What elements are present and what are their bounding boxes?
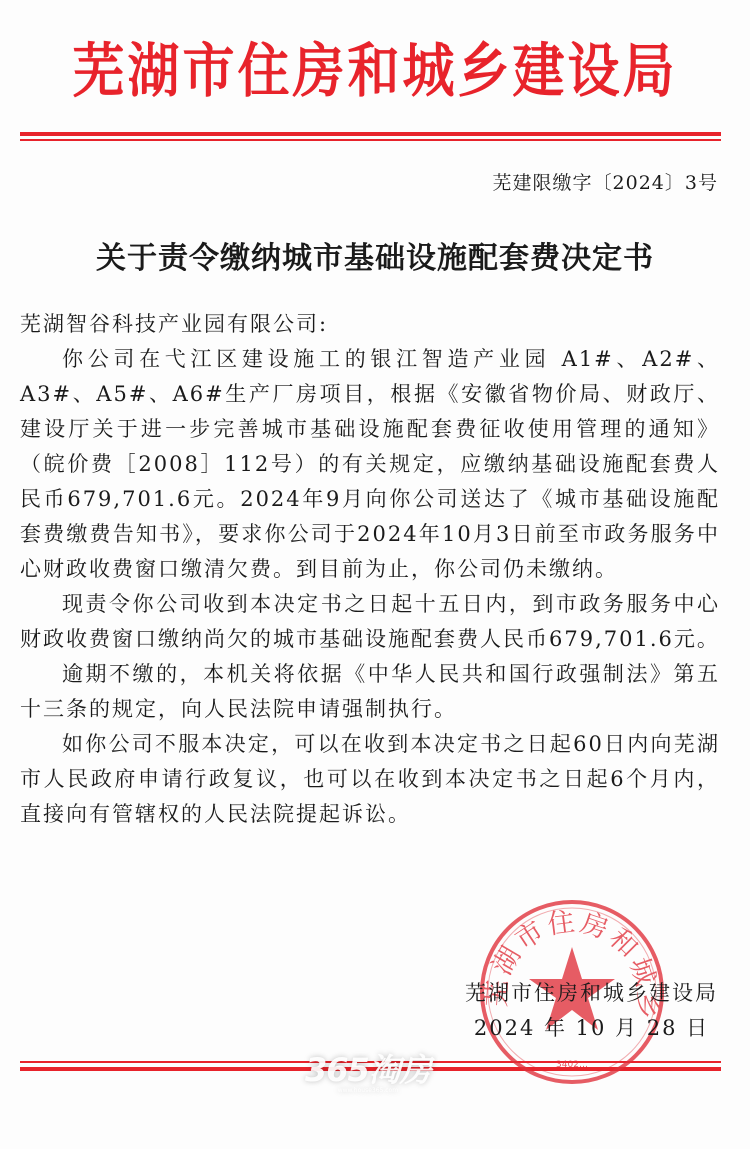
document-number: 芜建限缴字〔2024〕3号 (493, 168, 718, 195)
paragraph-order: 现责令你公司收到本决定书之日起十五日内，到市政务服务中心财政收费窗口缴纳尚欠的城… (20, 587, 720, 657)
watermark: 365淘房 www.house365.com (305, 1045, 431, 1094)
document-title: 关于责令缴纳城市基础设施配套费决定书 (0, 233, 750, 277)
document-body: 芜湖智谷科技产业园有限公司: 你公司在弋江区建设施工的银江智造产业园 A1#、A… (20, 307, 720, 832)
header-rule-thick (20, 132, 721, 136)
svg-text:3402…: 3402… (556, 1060, 588, 1070)
signature-issuer: 芜湖市住房和城乡建设局 (465, 976, 718, 1011)
header-rule-thin (20, 139, 721, 141)
letterhead-issuer: 芜湖市住房和城乡建设局 (0, 36, 750, 108)
salutation: 芜湖智谷科技产业园有限公司: (20, 307, 720, 342)
watermark-logo: 365淘房 (305, 1045, 431, 1091)
signature-block: 芜湖市住房和城乡建设局 2024 年 10 月 28 日 (465, 976, 718, 1046)
paragraph-enforcement: 逾期不缴的，本机关将依据《中华人民共和国行政强制法》第五十三条的规定，向人民法院… (20, 657, 720, 727)
signature-date: 2024 年 10 月 28 日 (465, 1011, 718, 1046)
paragraph-appeal: 如你公司不服本决定，可以在收到本决定书之日起60日内向芜湖市人民政府申请行政复议… (20, 727, 720, 832)
paragraph-facts: 你公司在弋江区建设施工的银江智造产业园 A1#、A2#、A3#、A5#、A6#生… (20, 342, 720, 587)
